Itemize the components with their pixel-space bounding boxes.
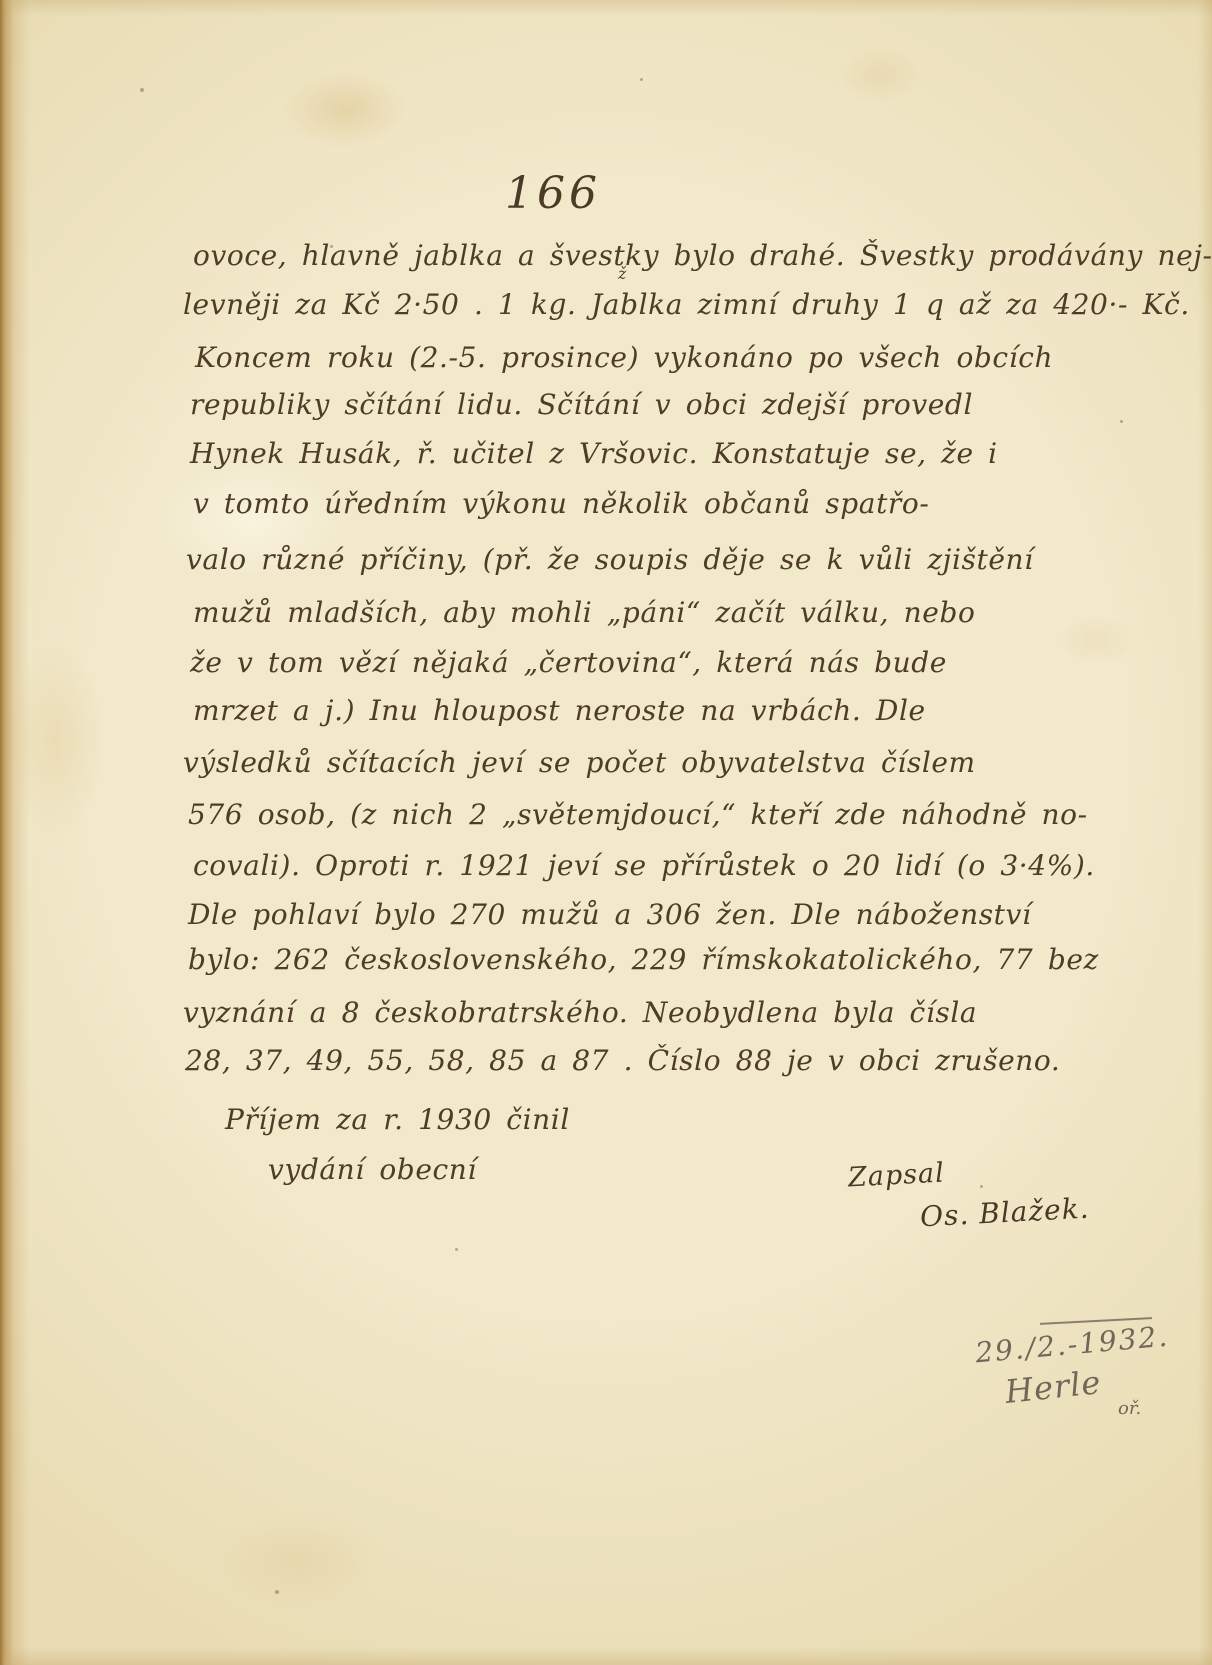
expense-line: vydání obecní (268, 1150, 477, 1190)
page-number: 166 (505, 168, 601, 219)
handwritten-line-15: bylo: 262 československého, 229 římskoka… (188, 940, 1099, 980)
recorder-signature: Os. Blažek. (919, 1192, 1090, 1234)
income-line: Příjem za r. 1930 činil (225, 1100, 570, 1140)
zapsal-label: Zapsal (847, 1157, 945, 1193)
handwritten-line-17: 28, 37, 49, 55, 58, 85 a 87 . Číslo 88 j… (185, 1041, 1060, 1081)
handwritten-line-4: republiky sčítání lidu. Sčítání v obci z… (190, 385, 973, 425)
handwritten-line-6: v tomto úředním výkonu několik občanů sp… (193, 484, 929, 524)
handwritten-line-9: že v tom vězí nějaká „čertovina“, která … (190, 643, 947, 683)
paper-speck (1120, 420, 1123, 423)
paper-speck (455, 1248, 458, 1251)
handwritten-line-10: mrzet a j.) Inu hloupost neroste na vrbá… (193, 691, 926, 731)
pencil-annotation: oř. (1118, 1398, 1141, 1419)
handwritten-line-7: valo různé příčiny, (př. že soupis děje … (186, 540, 1034, 580)
paper-speck (140, 88, 144, 92)
pencil-signature: Herle (1003, 1363, 1103, 1411)
correction-mark: ž (618, 264, 626, 283)
paper-speck (330, 245, 333, 248)
chronicle-page: 166 ovoce, hlavně jablka a švestky bylo … (0, 0, 1212, 1665)
handwritten-line-8: mužů mladších, aby mohli „páni“ začít vá… (193, 593, 975, 633)
handwritten-line-2: levněji za Kč 2·50 . 1 kg. Jablka zimní … (183, 285, 1190, 325)
paper-speck (275, 1590, 279, 1594)
handwritten-line-1: ovoce, hlavně jablka a švestky bylo drah… (193, 236, 1212, 276)
handwritten-line-16: vyznání a 8 českobratrského. Neobydlena … (183, 993, 977, 1033)
handwritten-line-13: covali). Oproti r. 1921 jeví se přírůste… (193, 846, 1095, 886)
handwritten-line-14: Dle pohlaví bylo 270 mužů a 306 žen. Dle… (188, 895, 1032, 935)
paper-speck (640, 78, 643, 81)
handwritten-line-5: Hynek Husák, ř. učitel z Vršovic. Konsta… (190, 434, 998, 474)
pencil-date: 29./2.-1932. (974, 1320, 1170, 1370)
handwritten-line-3: Koncem roku (2.-5. prosince) vykonáno po… (195, 338, 1053, 378)
paper-speck (980, 1185, 983, 1188)
handwritten-line-12: 576 osob, (z nich 2 „světemjdoucí,“ kteř… (188, 795, 1088, 835)
handwritten-line-11: výsledků sčítacích jeví se počet obyvate… (183, 743, 976, 783)
